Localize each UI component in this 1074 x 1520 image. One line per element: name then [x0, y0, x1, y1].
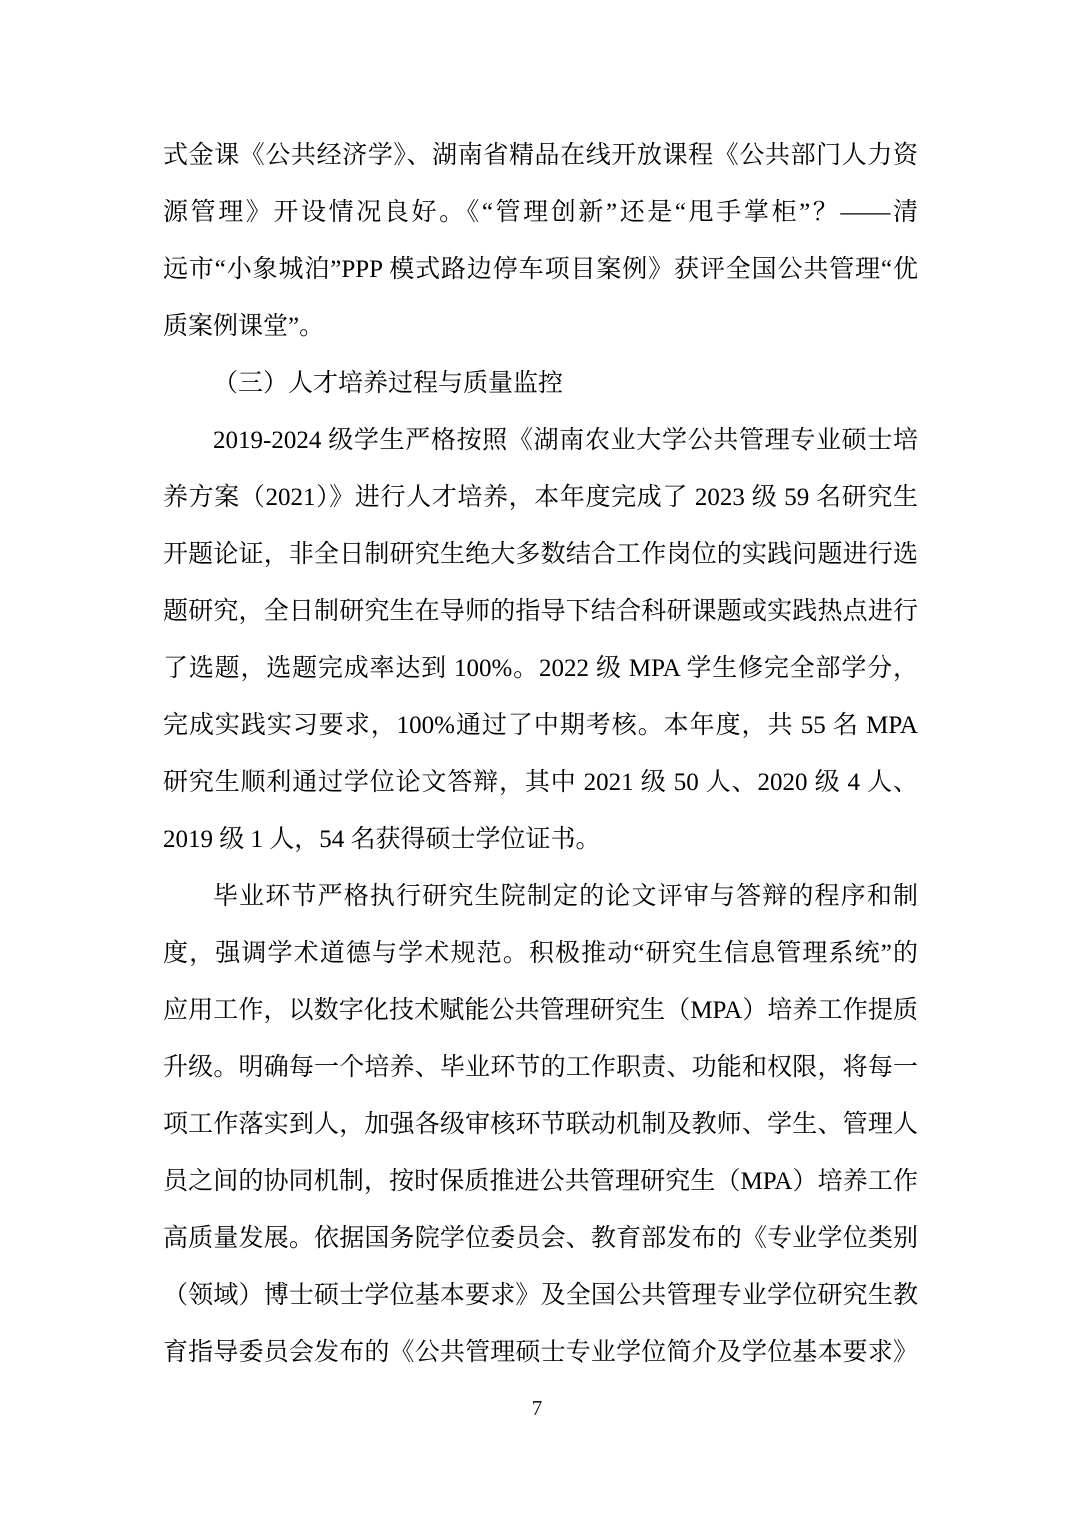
text-line: 2019 级 1 人，54 名获得硕士学位证书。	[163, 811, 918, 868]
text-line: 2019-2024 级学生严格按照《湖南农业大学公共管理专业硕士培	[163, 412, 918, 469]
text-line: 开题论证，非全日制研究生绝大多数结合工作岗位的实践问题进行选	[163, 526, 918, 583]
document-page: 式金课《公共经济学》、湖南省精品在线开放课程《公共部门人力资 源管理》开设情况良…	[0, 0, 1074, 1520]
page-footer: 7	[0, 1396, 1074, 1420]
text-line: （领域）博士硕士学位基本要求》及全国公共管理专业学位研究生教	[163, 1267, 918, 1324]
text-line: 式金课《公共经济学》、湖南省精品在线开放课程《公共部门人力资	[163, 127, 918, 184]
text-line: 育指导委员会发布的《公共管理硕士专业学位简介及学位基本要求》	[163, 1324, 918, 1381]
text-line: 源管理》开设情况良好。《“管理创新”还是“甩手掌柜”？——清	[163, 184, 918, 241]
page-number: 7	[532, 1396, 543, 1420]
text-line: 升级。明确每一个培养、毕业环节的工作职责、功能和权限，将每一	[163, 1039, 918, 1096]
text-line: 员之间的协同机制，按时保质推进公共管理研究生（MPA）培养工作	[163, 1153, 918, 1210]
text-line: 研究生顺利通过学位论文答辩，其中 2021 级 50 人、2020 级 4 人、	[163, 754, 918, 811]
document-body: 式金课《公共经济学》、湖南省精品在线开放课程《公共部门人力资 源管理》开设情况良…	[163, 127, 918, 1381]
text-line: 远市“小象城泊”PPP 模式路边停车项目案例》获评全国公共管理“优	[163, 241, 918, 298]
text-line: 应用工作，以数字化技术赋能公共管理研究生（MPA）培养工作提质	[163, 982, 918, 1039]
text-line: 了选题，选题完成率达到 100%。2022 级 MPA 学生修完全部学分，	[163, 640, 918, 697]
section-heading: （三）人才培养过程与质量监控	[163, 355, 918, 412]
text-line: 项工作落实到人，加强各级审核环节联动机制及教师、学生、管理人	[163, 1096, 918, 1153]
text-line: 养方案（2021）》进行人才培养，本年度完成了 2023 级 59 名研究生	[163, 469, 918, 526]
text-line: 毕业环节严格执行研究生院制定的论文评审与答辩的程序和制	[163, 868, 918, 925]
text-line: 高质量发展。依据国务院学位委员会、教育部发布的《专业学位类别	[163, 1210, 918, 1267]
text-line: 质案例课堂”。	[163, 298, 918, 355]
text-line: 度，强调学术道德与学术规范。积极推动“研究生信息管理系统”的	[163, 925, 918, 982]
text-line: 题研究，全日制研究生在导师的指导下结合科研课题或实践热点进行	[163, 583, 918, 640]
text-line: 完成实践实习要求，100%通过了中期考核。本年度，共 55 名 MPA	[163, 697, 918, 754]
